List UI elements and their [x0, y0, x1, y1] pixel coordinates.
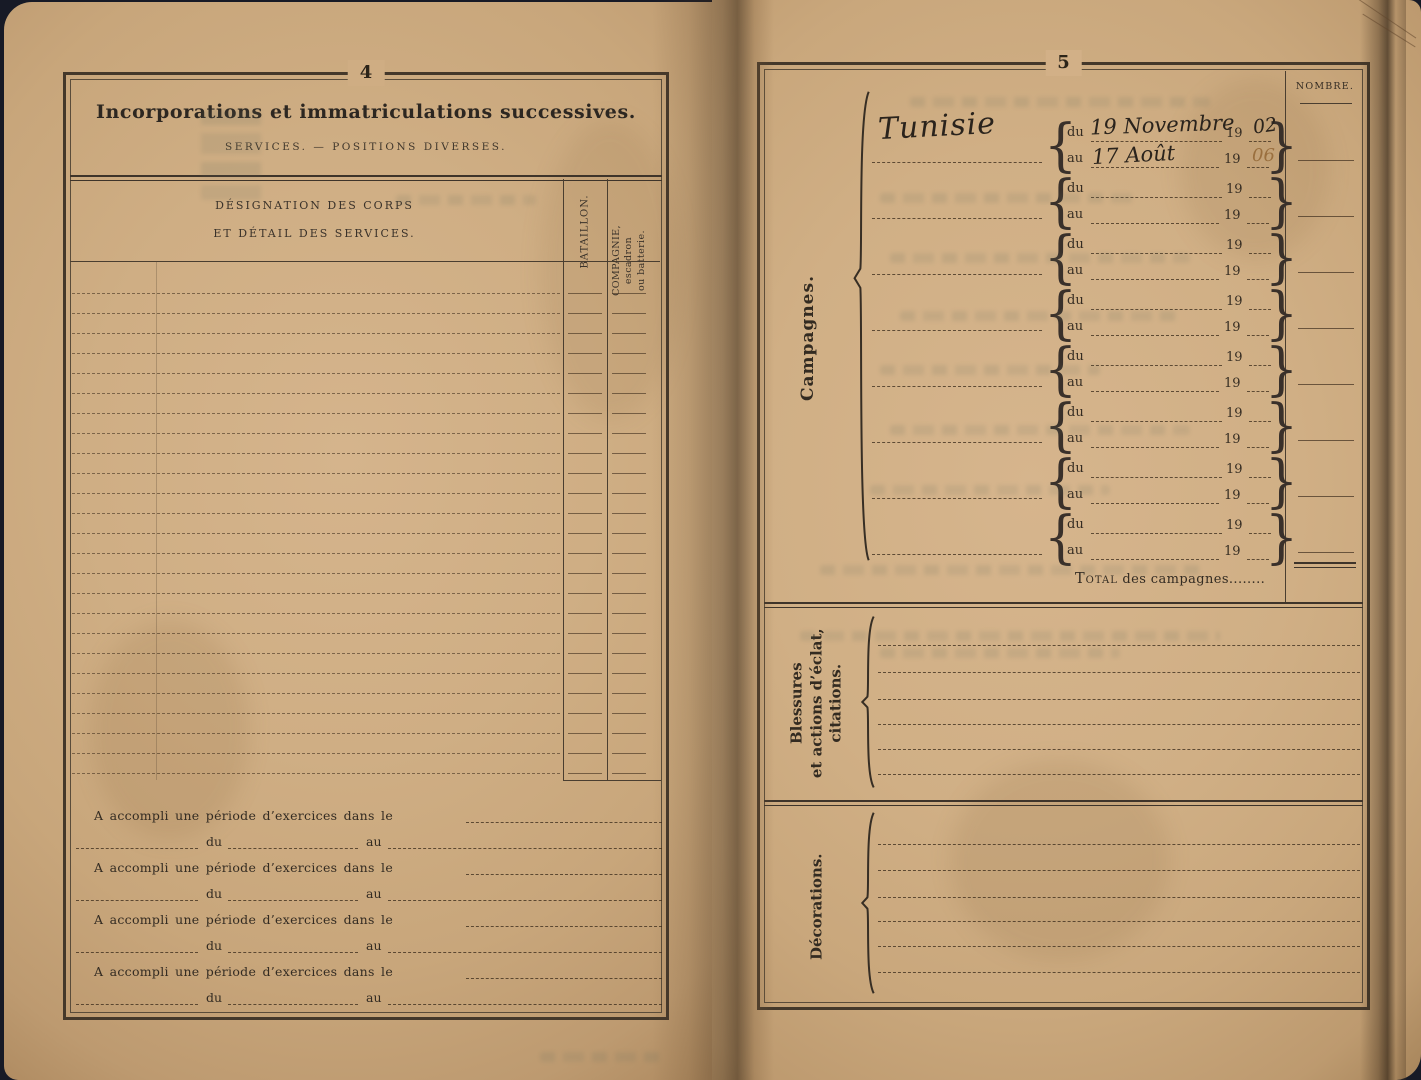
du-line [1091, 420, 1222, 422]
exercise-entry-text: A accompli une période d’exercices dans … [94, 808, 393, 823]
blank-line [388, 1003, 662, 1005]
du-line [1091, 476, 1222, 478]
exercise-entry: A accompli une période d’exercices dans … [66, 964, 666, 1016]
blank-line [466, 821, 662, 823]
handwritten-campaign-name: Tunisie [877, 106, 997, 147]
au-year-prefix: 19 [1224, 264, 1241, 279]
campagnes-blessures-divider [764, 602, 1363, 608]
au-label: au [1067, 207, 1083, 222]
writing-line [878, 698, 1360, 700]
blessures-label-line3: citations. [827, 628, 847, 778]
au-line [1091, 334, 1219, 336]
exercise-entry-text: A accompli une période d’exercices dans … [94, 860, 393, 875]
campagne-row: {du19au19} [760, 513, 1367, 569]
blank-line [388, 847, 662, 849]
writing-line [878, 773, 1360, 775]
au-year-prefix: 19 [1224, 320, 1241, 335]
au-label: au [1067, 263, 1083, 278]
blessures-label-box: Blessures et actions d’éclat, citations. [772, 615, 862, 791]
au-line [1091, 558, 1219, 560]
closing-brace: } [1265, 172, 1298, 231]
blessures-label-line2: et actions d’éclat, [807, 628, 827, 778]
au-line [1091, 502, 1219, 504]
nombre-line [1298, 327, 1354, 329]
du-label: du [1067, 125, 1084, 140]
au-label: au [1067, 487, 1083, 502]
campagne-name-line [872, 161, 1042, 163]
du-year-prefix: 19 [1226, 518, 1243, 533]
closing-brace: } [1265, 508, 1298, 567]
right-page-frame: 5 NOMBRE. Campagnes. {du19au19}{du19au19… [757, 62, 1370, 1010]
closing-brace: } [1265, 396, 1298, 455]
du-year-prefix: 19 [1226, 294, 1243, 309]
decorations-brace [860, 809, 876, 997]
au-label: au [366, 886, 382, 901]
blank-line [228, 847, 358, 849]
writing-line [878, 945, 1360, 947]
decorations-label: Décorations. [807, 854, 827, 961]
handwritten-du-date: 19 Novembre [1090, 110, 1235, 139]
blank-line [76, 1003, 198, 1005]
au-year-prefix: 19 [1224, 376, 1241, 391]
nombre-total-rule [1294, 562, 1356, 568]
au-line [1091, 222, 1219, 224]
writing-line [878, 644, 1360, 646]
nombre-line [1298, 271, 1354, 273]
blank-line [228, 1003, 358, 1005]
au-year-prefix: 19 [1224, 488, 1241, 503]
du-year-prefix: 19 [1226, 350, 1243, 365]
du-label: du [206, 990, 222, 1005]
blank-line [76, 899, 198, 901]
writing-line [878, 920, 1360, 922]
au-label: au [366, 990, 382, 1005]
writing-line [878, 748, 1360, 750]
blank-line [228, 899, 358, 901]
writing-line [878, 723, 1360, 725]
au-label: au [1067, 151, 1083, 166]
handwritten-au-year: 06 [1252, 145, 1275, 166]
du-label: du [206, 886, 222, 901]
blank-line [388, 899, 662, 901]
blessures-label-line1: Blessures [788, 628, 808, 778]
writing-line [878, 843, 1360, 845]
au-label: au [1067, 543, 1083, 558]
nombre-line [1298, 551, 1354, 553]
du-year-prefix: 19 [1226, 406, 1243, 421]
page-stack-edges [4, 2, 46, 1080]
blessures-brace [860, 613, 876, 791]
du-label: du [1067, 293, 1084, 308]
du-year-prefix: 19 [1226, 462, 1243, 477]
du-label: du [1067, 181, 1084, 196]
nombre-line [1298, 495, 1354, 497]
blank-line [466, 977, 662, 979]
exercise-entry: A accompli une période d’exercices dans … [66, 860, 666, 912]
au-year-prefix: 19 [1224, 152, 1241, 167]
du-line [1091, 364, 1222, 366]
au-label: au [366, 938, 382, 953]
blessures-label: Blessures et actions d’éclat, citations. [788, 628, 847, 778]
blank-line [228, 951, 358, 953]
left-page-frame: 4 Incorporations et immatriculations suc… [63, 72, 669, 1020]
au-year-prefix: 19 [1224, 432, 1241, 447]
du-line [1091, 308, 1222, 310]
nombre-line [1298, 159, 1354, 161]
du-label: du [1067, 405, 1084, 420]
au-line [1091, 446, 1219, 448]
campagne-name-line [872, 217, 1042, 219]
closing-brace: } [1265, 452, 1298, 511]
nombre-line [1298, 383, 1354, 385]
du-label: du [1067, 517, 1084, 532]
writing-line [878, 869, 1360, 871]
campagne-name-line [872, 497, 1042, 499]
du-label: du [1067, 237, 1084, 252]
campagne-name-line [872, 273, 1042, 275]
blank-line [466, 873, 662, 875]
au-line [1091, 278, 1219, 280]
campagne-name-line [872, 329, 1042, 331]
campagne-name-line [872, 385, 1042, 387]
closing-brace: } [1265, 284, 1298, 343]
du-label: du [206, 834, 222, 849]
blank-line [388, 951, 662, 953]
handwritten-du-year: 02 [1252, 113, 1279, 138]
closing-brace: } [1265, 340, 1298, 399]
au-label: au [1067, 431, 1083, 446]
blank-line [76, 847, 198, 849]
au-line [1091, 390, 1219, 392]
au-year-prefix: 19 [1224, 544, 1241, 559]
du-line [1091, 196, 1222, 198]
du-year-prefix: 19 [1226, 182, 1243, 197]
du-line [1091, 252, 1222, 254]
writing-line [878, 971, 1360, 973]
du-year-prefix: 19 [1226, 238, 1243, 253]
au-year-prefix: 19 [1224, 208, 1241, 223]
writing-line [878, 896, 1360, 898]
decorations-label-box: Décorations. [772, 817, 862, 997]
du-label: du [206, 938, 222, 953]
du-line [1091, 532, 1222, 534]
total-campagnes-label: Total des campagnes........ [1075, 571, 1265, 587]
exercise-entries: A accompli une période d’exercices dans … [66, 75, 666, 1017]
blank-line [76, 951, 198, 953]
au-label: au [1067, 319, 1083, 334]
exercise-entry: A accompli une période d’exercices dans … [66, 808, 666, 860]
handwritten-au-date: 17 Août [1091, 141, 1175, 169]
total-word: Total [1075, 571, 1118, 587]
scanned-booklet-spread: 4 Incorporations et immatriculations suc… [0, 0, 1421, 1080]
du-label: du [1067, 461, 1084, 476]
campagne-name-line [872, 441, 1042, 443]
nombre-line [1298, 439, 1354, 441]
blank-line [466, 925, 662, 927]
nombre-line [1298, 215, 1354, 217]
exercise-entry: A accompli une période d’exercices dans … [66, 912, 666, 964]
total-rest: des campagnes........ [1118, 572, 1265, 587]
exercise-entry-text: A accompli une période d’exercices dans … [94, 912, 393, 927]
blessures-decorations-divider [764, 800, 1363, 806]
writing-line [878, 671, 1360, 673]
closing-brace: } [1265, 228, 1298, 287]
campagne-name-line [872, 553, 1042, 555]
exercise-entry-text: A accompli une période d’exercices dans … [94, 964, 393, 979]
du-label: du [1067, 349, 1084, 364]
au-label: au [1067, 375, 1083, 390]
au-label: au [366, 834, 382, 849]
